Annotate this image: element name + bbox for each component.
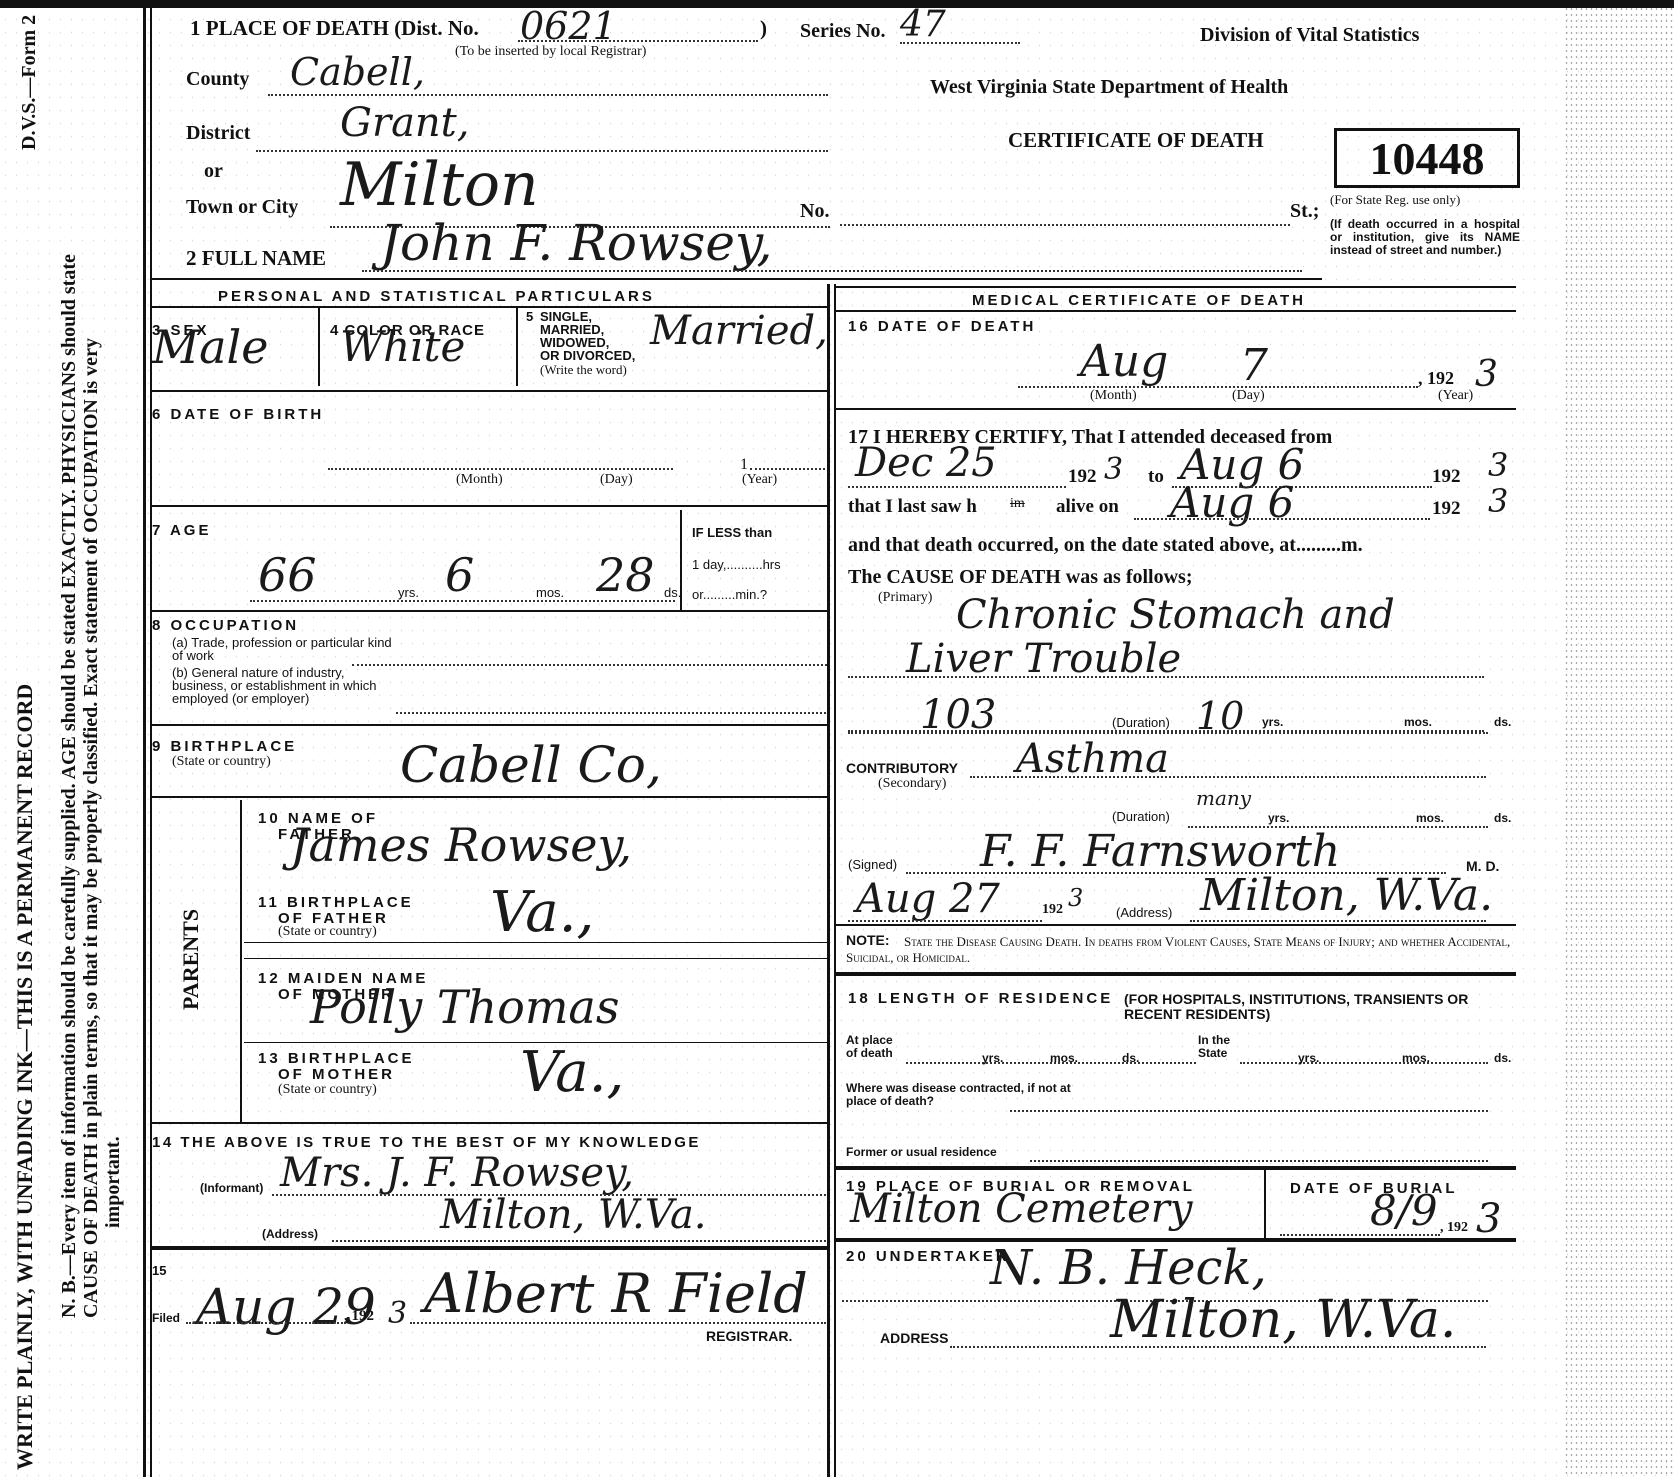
primary-duration-label: (Duration)	[1112, 716, 1170, 729]
burial-year-prefix: , 192	[1440, 1220, 1468, 1236]
at-place-ds-label: ds.	[1122, 1052, 1139, 1065]
attended-to-year: 3	[1488, 446, 1508, 484]
county-label: County	[186, 68, 249, 91]
dist-no-close: )	[760, 16, 767, 41]
if-less-line-3: or.........min.?	[692, 588, 767, 601]
occupation-a-line	[352, 664, 827, 666]
informant-rule	[152, 1246, 827, 1250]
dod-year-suffix: 3	[1475, 354, 1498, 395]
father-birthplace-label: 11 BIRTHPLACE	[258, 894, 414, 911]
burial-place-value: Milton Cemetery	[850, 1186, 1193, 1232]
contributory-duration-label: (Duration)	[1112, 810, 1170, 823]
undertaker-label: 20 UNDERTAKER	[846, 1248, 1010, 1265]
race-divider	[516, 308, 518, 386]
instruction-main: WRITE PLAINLY, WITH UNFADING INK—THIS IS…	[12, 684, 38, 1470]
mother-birthplace-hint: (State or country)	[278, 1082, 377, 1098]
nb-line-1: N. B.—Every item of information should b…	[58, 254, 81, 1318]
primary-duration-line	[848, 732, 1488, 734]
attended-from-year: 3	[1104, 452, 1123, 487]
dod-year-prefix: , 192	[1418, 368, 1454, 389]
signed-year: 3	[1068, 884, 1083, 912]
at-place-yrs-label: yrs.	[982, 1052, 1003, 1065]
informant-address-line	[332, 1240, 826, 1242]
age-days-label: ds.	[664, 586, 681, 599]
age-divider	[680, 510, 682, 610]
county-value: Cabell,	[290, 50, 425, 94]
alive-on-label: alive on	[1056, 496, 1119, 518]
father-birthplace-value: Va.,	[490, 880, 594, 945]
last-saw-label: that I last saw h	[848, 496, 977, 518]
age-line	[250, 600, 675, 602]
birthplace-hint: (State or country)	[172, 754, 271, 770]
dob-year-line	[750, 468, 825, 470]
row-rule-3	[152, 610, 827, 612]
parents-divider	[240, 800, 242, 1122]
age-months-label: mos.	[536, 586, 564, 599]
attended-from-year-prefix: 192	[1068, 466, 1097, 488]
dod-month-label: (Month)	[1090, 388, 1137, 404]
age-years-label: yrs.	[398, 586, 419, 599]
death-occurred-statement: and that death occurred, on the date sta…	[848, 534, 1363, 557]
residence-label-extra: (FOR HOSPITALS, INSTITUTIONS, TRANSIENTS…	[1124, 992, 1514, 1022]
row-rule-1	[152, 390, 827, 392]
column-divider	[827, 284, 830, 1477]
in-state-ds-label: ds.	[1494, 1052, 1511, 1065]
registrar-line	[410, 1322, 826, 1324]
town-label: Town or City	[186, 196, 298, 219]
dod-day-label: (Day)	[1232, 388, 1265, 404]
last-saw-year-prefix: 192	[1432, 498, 1461, 520]
margin-instructions: D.V.S.—Form 2 WRITE PLAINLY, WITH UNFADI…	[0, 0, 150, 1477]
full-name-line	[362, 270, 1302, 272]
burial-date-line	[1280, 1234, 1440, 1236]
primary-ds-label: ds.	[1494, 716, 1511, 729]
undertaker-address-value: Milton, W.Va.	[1110, 1290, 1456, 1350]
town-value: Milton	[340, 150, 539, 220]
street-no-label: No.	[800, 200, 829, 223]
occupation-b-line	[396, 712, 826, 714]
in-state-mos-label: mos.	[1402, 1052, 1430, 1065]
personal-section-title: PERSONAL AND STATISTICAL PARTICULARS	[218, 288, 655, 305]
dob-year-label: (Year)	[742, 472, 777, 488]
at-place-mos-label: mos.	[1050, 1052, 1078, 1065]
dob-day-label: (Day)	[600, 472, 633, 488]
sex-divider	[318, 308, 320, 386]
dist-no-note: (To be inserted by local Registrar)	[455, 44, 646, 60]
signed-date-line	[848, 920, 1042, 922]
last-saw-year: 3	[1488, 482, 1508, 520]
age-years: 66	[258, 548, 317, 602]
age-months: 6	[445, 548, 474, 602]
medical-section-title: MEDICAL CERTIFICATE OF DEATH	[972, 292, 1306, 309]
marital-num: 5	[526, 310, 533, 323]
certificate-title: CERTIFICATE OF DEATH	[1008, 128, 1264, 153]
primary-label: (Primary)	[878, 590, 932, 606]
row-rule-6	[152, 1122, 827, 1124]
dod-month: Aug	[1080, 336, 1168, 387]
street-line	[840, 224, 1290, 226]
last-saw-pronoun: im	[1010, 496, 1025, 512]
if-less-line-2: 1 day,..........hrs	[692, 558, 781, 571]
father-birthplace-hint: (State or country)	[278, 924, 377, 940]
birthplace-value: Cabell Co,	[400, 736, 662, 794]
informant-value: Mrs. J. F. Rowsey,	[280, 1150, 634, 1196]
scan-edge	[0, 0, 1674, 8]
contributory-duration: many	[1196, 786, 1251, 810]
burial-date-value: 8/9	[1370, 1186, 1438, 1235]
filed-label: Filed	[152, 1312, 180, 1325]
last-saw-line	[1134, 518, 1430, 520]
residence-rule	[836, 1166, 1516, 1170]
where-contracted-line	[1010, 1110, 1488, 1112]
race-value: White	[340, 322, 465, 371]
department-title: West Virginia State Department of Health	[930, 76, 1288, 99]
signed-year-prefix: 192	[1042, 902, 1063, 918]
attended-from-line	[848, 486, 1066, 488]
marital-hint: (Write the word)	[540, 362, 627, 378]
series-label: Series No.	[800, 20, 886, 43]
district-label: District	[186, 122, 250, 145]
dob-month-day-line	[328, 468, 673, 470]
burial-divider	[1264, 1170, 1266, 1238]
nb-line-3: important.	[102, 1136, 125, 1228]
certificate-number: 10448	[1334, 128, 1520, 188]
dob-label: 6 DATE OF BIRTH	[152, 406, 324, 423]
parents-rule-2	[244, 958, 827, 959]
contributory-ds-label: ds.	[1494, 812, 1511, 825]
signed-label: (Signed)	[848, 858, 897, 871]
secondary-label: (Secondary)	[878, 776, 946, 792]
medical-rule-3	[836, 972, 1516, 976]
attended-from: Dec 25	[855, 440, 997, 486]
informant-statement: 14 THE ABOVE IS TRUE TO THE BEST OF MY K…	[152, 1134, 701, 1151]
former-residence-label: Former or usual residence	[846, 1146, 997, 1159]
filed-year-suffix: 3	[388, 1296, 407, 1331]
dob-month-label: (Month)	[456, 472, 503, 488]
mother-birthplace-label-2: OF MOTHER	[278, 1066, 395, 1083]
margin-rule	[143, 0, 146, 1477]
contributory-mos-label: mos.	[1416, 812, 1444, 825]
cert-number-note: (For State Reg. use only)	[1330, 192, 1460, 208]
mother-name-value: Polly Thomas	[310, 980, 619, 1034]
sex-value: Male	[152, 320, 268, 374]
primary-mos-label: mos.	[1404, 716, 1432, 729]
signed-address: Milton, W.Va.	[1200, 870, 1493, 921]
age-days: 28	[596, 548, 655, 602]
birthplace-label: 9 BIRTHPLACE	[152, 738, 297, 755]
filing-num: 15	[152, 1264, 166, 1277]
filed-year-prefix: , 192	[344, 1308, 374, 1325]
dod-year-label: (Year)	[1438, 388, 1473, 404]
informant-label: (Informant)	[200, 1182, 263, 1195]
medical-rule-1	[836, 408, 1516, 410]
medical-title-rule	[836, 310, 1516, 312]
mother-birthplace-value: Va.,	[520, 1040, 624, 1105]
county-line	[268, 94, 828, 96]
in-state-yrs-label: yrs.	[1298, 1052, 1319, 1065]
hospital-note: (If death occurred in a hospital or inst…	[1330, 218, 1520, 257]
occupation-b-label: (b) General nature of industry, business…	[172, 666, 402, 705]
form-id: D.V.S.—Form 2	[18, 15, 41, 150]
marital-value: Married,	[650, 308, 828, 354]
mother-birthplace-label: 13 BIRTHPLACE	[258, 1050, 415, 1067]
contributory-yrs-label: yrs.	[1268, 812, 1289, 825]
in-state-label: In the State	[1198, 1034, 1248, 1060]
division-title: Division of Vital Statistics	[1200, 24, 1419, 47]
where-contracted-label: Where was disease contracted, if not at …	[846, 1082, 1076, 1108]
primary-cause-line-1: Chronic Stomach and	[956, 592, 1395, 638]
marital-line-4: OR DIVORCED,	[540, 349, 635, 362]
full-name-label: 2 FULL NAME	[186, 246, 326, 271]
scan-noise	[1564, 0, 1674, 1477]
medical-top-rule	[836, 286, 1516, 288]
informant-address-value: Milton, W.Va.	[440, 1192, 707, 1238]
signed-date: Aug 27	[856, 876, 1000, 922]
former-residence-line	[1030, 1160, 1488, 1162]
signed-address-line	[1190, 920, 1486, 922]
at-place-label: At place of death	[846, 1034, 906, 1060]
header-divider	[152, 278, 1322, 280]
attended-to-year-prefix: 192	[1432, 466, 1461, 488]
primary-yrs-label: yrs.	[1262, 716, 1283, 729]
undertaker-address-line	[950, 1346, 1486, 1348]
dist-no-line	[518, 40, 758, 42]
to-label: to	[1148, 466, 1164, 488]
registrar-label: REGISTRAR.	[706, 1330, 792, 1343]
dod-label: 16 DATE OF DEATH	[848, 318, 1036, 335]
row-rule-2	[152, 505, 827, 507]
or-label: or	[204, 160, 223, 183]
series-number: 47	[900, 4, 946, 45]
filed-date-line	[186, 1322, 346, 1324]
dod-day: 7	[1240, 340, 1268, 391]
district-value: Grant,	[340, 100, 469, 146]
undertaker-value: N. B. Heck,	[990, 1240, 1267, 1296]
residence-label: 18 LENGTH OF RESIDENCE	[848, 990, 1113, 1007]
burial-year-suffix: 3	[1476, 1196, 1501, 1242]
undertaker-address-label: ADDRESS	[880, 1332, 948, 1345]
occupation-label: 8 OCCUPATION	[152, 617, 299, 634]
parents-side-label: PARENTS	[178, 909, 204, 1010]
medical-rule-2	[836, 924, 1516, 926]
contributory-label: CONTRIBUTORY	[846, 762, 958, 775]
father-name-value: James Rowsey,	[290, 818, 632, 872]
note-text: State the Disease Causing Death. In deat…	[846, 934, 1514, 966]
occupation-a-label: (a) Trade, profession or particular kind…	[172, 636, 402, 662]
if-less-line-1: IF LESS than	[692, 526, 772, 539]
street-st-label: St.;	[1290, 200, 1319, 223]
age-label: 7 AGE	[152, 522, 211, 539]
registrar-signature: Albert R Field	[424, 1262, 808, 1325]
primary-cause-line-2: Liver Trouble	[906, 636, 1181, 682]
signed-address-label: (Address)	[1116, 906, 1172, 919]
row-rule-5	[152, 796, 827, 798]
cause-heading: The CAUSE OF DEATH was as follows;	[848, 566, 1192, 589]
in-state-line	[1240, 1062, 1488, 1064]
nb-line-2: CAUSE OF DEATH in plain terms, so that i…	[80, 338, 103, 1318]
contributory-line	[970, 776, 1486, 778]
series-line	[900, 42, 1020, 44]
row-rule-4	[152, 724, 827, 726]
full-name-value: John F. Rowsey,	[380, 214, 772, 272]
place-of-death-label: 1 PLACE OF DEATH (Dist. No.	[190, 16, 479, 41]
dod-line	[1018, 386, 1418, 388]
filed-date: Aug 29	[196, 1278, 376, 1336]
column-divider-inner	[834, 284, 836, 1477]
informant-address-label: (Address)	[262, 1228, 318, 1241]
